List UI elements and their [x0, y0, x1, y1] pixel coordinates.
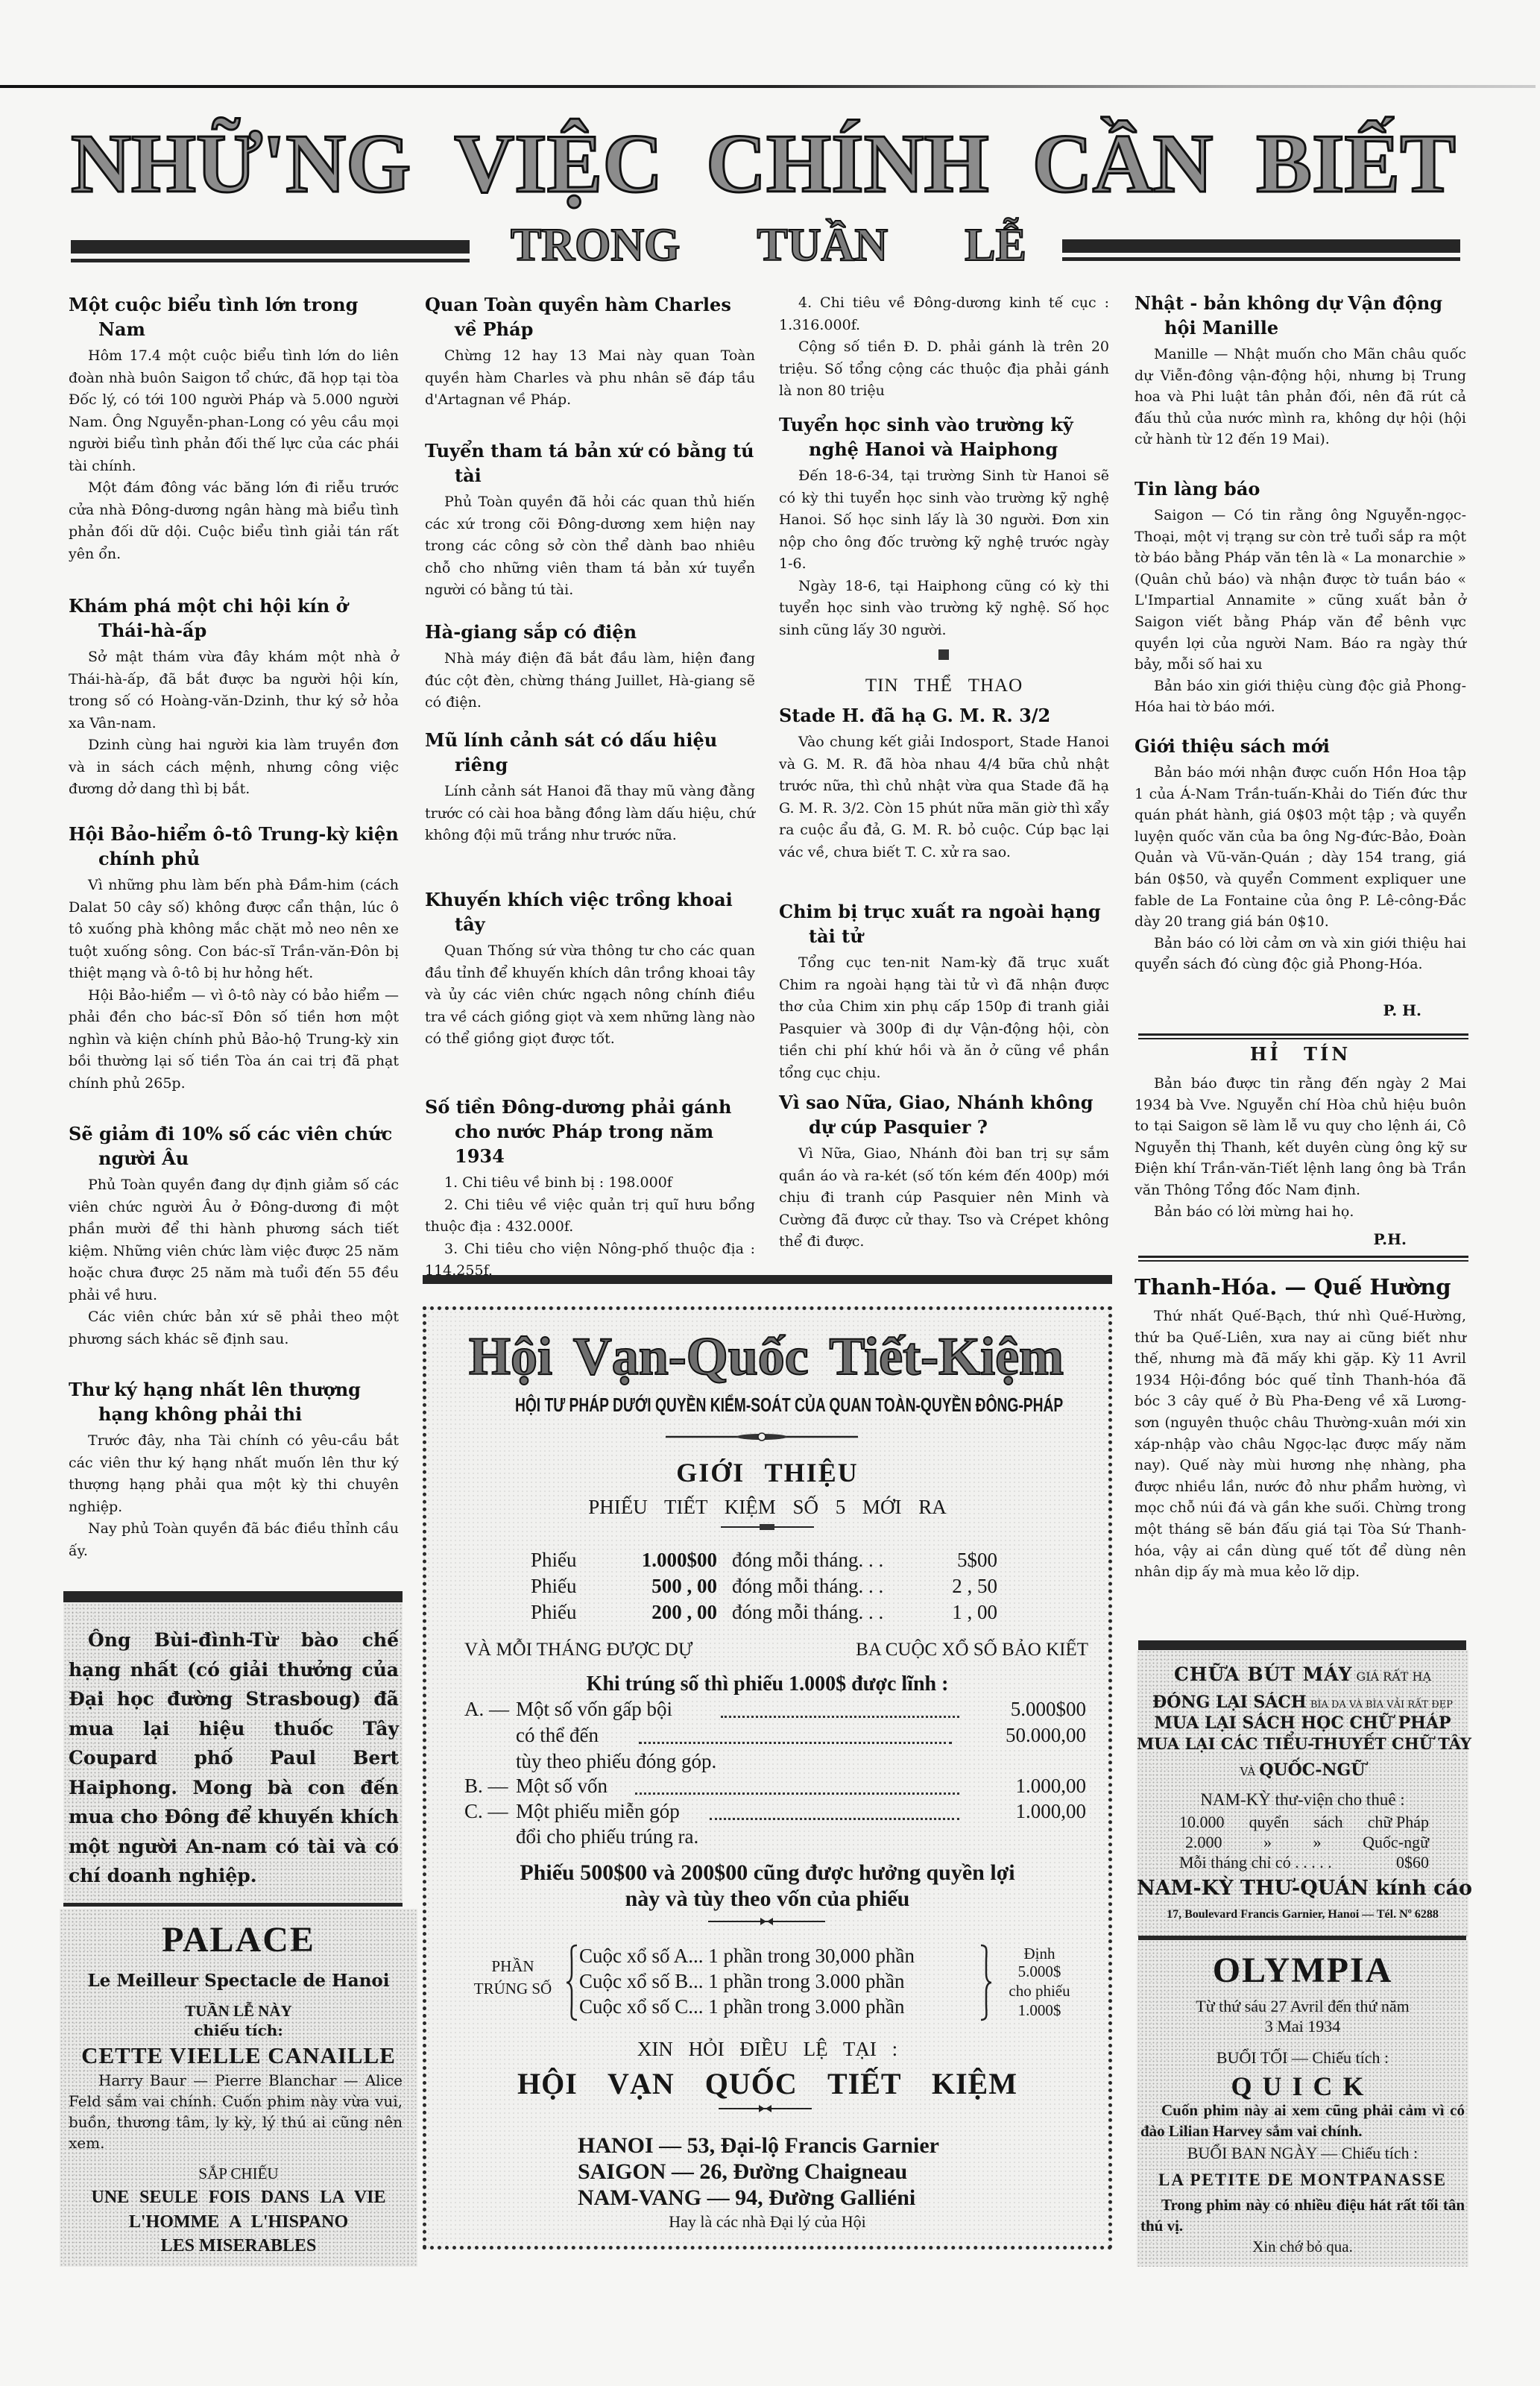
double-rule — [1138, 1256, 1468, 1262]
sports-section-title: TIN THỂ THAO — [779, 675, 1109, 697]
smaller-tickets-note: Phiếu 500$00 và 200$00 cũng được hưởng q… — [426, 1860, 1108, 1886]
article-continuation: 4. Chi tiêu về Đông-dương kinh tế cục : … — [779, 292, 1109, 403]
headline: Hội Bảo-hiểm ô-tô Trung-kỳ kiện chính ph… — [69, 822, 399, 871]
ticket-amount: 500 , 00 — [602, 1573, 717, 1599]
paragraph: Vì Nữa, Giao, Nhánh đòi ban trị sự sắm q… — [779, 1143, 1109, 1253]
title-word: BIẾT — [1256, 122, 1456, 206]
dot-leader — [710, 1818, 959, 1820]
stock-row: 10.000 quyển sách chữ Pháp — [1179, 1811, 1429, 1833]
paragraph: Bản báo được tin rằng đến ngày 2 Mai 193… — [1135, 1073, 1466, 1201]
ad-title-word: Hội — [469, 1326, 552, 1386]
paragraph: Cộng số tiền Đ. D. phải gánh là trên 20 … — [779, 336, 1109, 403]
headline: Nhật - bản không dự Vận động hội Manille — [1135, 291, 1466, 340]
masthead-rule-left-thin — [71, 259, 470, 262]
ad-service: MUA LẠI CÁC TIỂU-THUYẾT CHỮ TÂY — [1137, 1733, 1468, 1755]
hi-tin-title: HỈ TÍN — [1135, 1043, 1466, 1065]
article: Một cuộc biểu tình lớn trong Nam Hôm 17.… — [69, 292, 399, 565]
article: Chim bị trục xuất ra ngoài hạng tài tử T… — [779, 899, 1109, 1084]
top-rule — [0, 85, 1536, 88]
paragraph: Manille — Nhật muốn cho Mãn châu quốc dự… — [1135, 344, 1466, 450]
prize-value: 1.000,00 — [963, 1773, 1086, 1799]
paragraph: Vào chung kết giải Indosport, Stade Hano… — [779, 731, 1109, 863]
headline: Sẽ giảm đi 10% số các viên chức người Âu — [69, 1121, 399, 1171]
paragraph: Quan Thống sứ vừa thông tư cho các quan … — [425, 940, 755, 1051]
subtitle-word: TRONG — [511, 222, 680, 268]
stock-what: » — [1313, 1831, 1322, 1854]
article: Mũ lính cảnh sát có dấu hiệu riêng Lính … — [425, 728, 755, 847]
bookshop-ad: CHỮA BÚT MÁY GIÁ RẤT HẠ ĐÓNG LẠI SÁCH BÌ… — [1137, 1650, 1468, 1937]
stock-unit: » — [1263, 1831, 1272, 1854]
daytime-label: BUỔI BAN NGÀY — Chiếu tích : — [1137, 2143, 1468, 2164]
section-rule — [63, 1903, 403, 1907]
office-address: HANOI — 53, Đại-lộ Francis Garnier — [578, 2132, 939, 2159]
show-dates: 3 Mai 1934 — [1137, 2016, 1468, 2037]
prize-text: có thể đến — [516, 1722, 599, 1748]
prize-intro: Khi trúng số thì phiếu 1.000$ được lĩnh … — [426, 1671, 1108, 1698]
prize-label: B. — — [464, 1773, 508, 1799]
title-word: NHỮ'NG — [71, 122, 411, 206]
headline: Khám phá một chi hội kín ở Thái-hà-ấp — [69, 594, 399, 643]
ornament-divider — [666, 1432, 858, 1441]
stock-row: 2.000 » » Quốc-ngữ — [1185, 1831, 1429, 1854]
title-word: CHÍNH — [706, 122, 989, 206]
odds-line: Cuộc xổ số C... 1 phần trong 3.000 phần — [579, 1995, 904, 2021]
subtitle-word: LỄ — [965, 222, 1026, 268]
paragraph: Đến 18-6-34, tại trường Sinh từ Hanoi sẽ… — [779, 465, 1109, 576]
prize-label: A. — — [464, 1696, 509, 1722]
olympia-cinema-ad: OLYMPIA Từ thứ sáu 27 Avril đến thứ năm … — [1137, 1940, 1468, 2267]
bookshop-address: 17, Boulevard Francis Garnier, Hanoi — T… — [1137, 1906, 1468, 1924]
right-brace-icon — [979, 1944, 993, 2021]
ticket-monthly: 1 , 00 — [903, 1599, 997, 1625]
cinema-name: OLYMPIA — [1137, 1951, 1468, 1991]
article: Quan Toàn quyền hàm Charles về Pháp Chừn… — [425, 292, 755, 412]
article: Khám phá một chi hội kín ở Thái-hà-ấp Sở… — [69, 594, 399, 801]
headline: Thanh-Hóa. — Quế Hường — [1135, 1272, 1466, 1302]
paragraph: Tổng cục ten-nit Nam-kỳ đã trục xuất Chi… — [779, 952, 1109, 1084]
ad-title-word: Tiết-Kiệm — [829, 1326, 1064, 1386]
ad-service: MUA LẠI SÁCH HỌC CHỮ PHÁP — [1137, 1712, 1468, 1734]
headline: Stade H. đã hạ G. M. R. 3/2 — [779, 703, 1109, 728]
article: Giới thiệu sách mới Bản báo mới nhận đượ… — [1135, 734, 1466, 975]
upcoming-film: L'HOMME A L'HISPANO — [60, 2211, 417, 2233]
subtitle-word: TUẦN — [757, 222, 888, 268]
article: Tuyển học sinh vào trường kỹ nghệ Hanoi … — [779, 412, 1109, 641]
article: Khuyến khích việc trồng khoai tây Quan T… — [425, 887, 755, 1051]
evening-film-description: Cuốn phim này ai xem cũng phải cảm vì có… — [1140, 2100, 1465, 2141]
daytime-film: LA PETITE DE MONTPANASSE — [1137, 2168, 1468, 2192]
ticket-text: đóng mỗi tháng. . . — [732, 1573, 883, 1599]
evening-film: QUICK — [1137, 2071, 1468, 2101]
ad-service-note: GIÁ RẤT HẠ — [1356, 1669, 1431, 1684]
monthly-draw-right: BA CUỘC XỔ SỐ BẢO KIẾT — [856, 1637, 1088, 1663]
paragraph: Bản báo mới nhận được cuốn Hồn Hoa tập 1… — [1135, 762, 1466, 933]
org-name: HỘI VẠN QUỐC TIẾT KIỆM — [426, 2066, 1108, 2102]
palace-cinema-ad: PALACE Le Meilleur Spectacle de Hanoi TU… — [60, 1909, 417, 2267]
article: Hội Bảo-hiểm ô-tô Trung-kỳ kiện chính ph… — [69, 822, 399, 1095]
pharmacy-notice-text: Ông Bùi-đình-Từ bào chế hạng nhất (có gi… — [69, 1625, 399, 1891]
paragraph: Trước đây, nha Tài chính có yêu-cầu bắt … — [69, 1430, 399, 1518]
page-title: NHỮ'NG VIỆC CHÍNH CẦN BIẾT — [71, 122, 1456, 206]
signature: P. H. — [1135, 1001, 1466, 1019]
paragraph: Nhà máy điện đã bắt đầu làm, hiện đang đ… — [425, 648, 755, 714]
ad-service: ĐÓNG LẠI SÁCH — [1152, 1693, 1307, 1712]
fixed-prize: 1.000$ — [997, 2001, 1082, 2027]
headline: Tuyển tham tá bản xứ có bằng tú tài — [425, 438, 755, 488]
prize-text: Một số vốn — [516, 1773, 608, 1799]
headline: Tuyển học sinh vào trường kỹ nghệ Hanoi … — [779, 412, 1109, 462]
ad-title: Hội Vạn-Quốc Tiết-Kiệm — [469, 1326, 1064, 1386]
ornament-divider — [719, 2104, 812, 2113]
paragraph: Lính cảnh sát Hanoi đã thay mũ vàng đằng… — [425, 781, 755, 847]
prize-label: C. — — [464, 1798, 508, 1825]
prize-value: 50.000,00 — [948, 1722, 1086, 1748]
this-week-label: TUẦN LỄ NÀY — [60, 2001, 417, 2021]
budget-item: 2. Chi tiêu về việc quản trị quĩ hưu bổn… — [425, 1194, 755, 1238]
masthead-rule-right-thick — [1062, 239, 1460, 253]
section-rule — [423, 1275, 1112, 1284]
article: Thanh-Hóa. — Quế Hường Thứ nhất Quế-Bạch… — [1135, 1272, 1466, 1583]
ticket-text: đóng mỗi tháng. . . — [732, 1547, 883, 1573]
coming-soon-label: SẮP CHIẾU — [60, 2164, 417, 2183]
ad-title-word: Vạn-Quốc — [573, 1326, 809, 1386]
section-rule — [1138, 1640, 1466, 1650]
savings-society-ad: Hội Vạn-Quốc Tiết-Kiệm HỘI TƯ PHÁP DƯỚI … — [423, 1306, 1112, 2250]
paragraph: Phủ Toàn quyền đang dự định giảm số các … — [69, 1174, 399, 1306]
paragraph: Nay phủ Toàn quyền đã bác điều thỉnh cầu… — [69, 1518, 399, 1562]
inquire-label: XIN HỎI ĐIỀU LỆ TẠI : — [426, 2036, 1108, 2062]
paragraph: Dzinh cùng hai người kia làm truyền đơn … — [69, 734, 399, 801]
article: Thư ký hạng nhất lên thượng hạng không p… — [69, 1377, 399, 1562]
prize-value: 5.000$00 — [963, 1696, 1086, 1722]
agents-note: Hay là các nhà Đại lý của Hội — [426, 2211, 1108, 2233]
ad-service-note: VÀ — [1240, 1765, 1256, 1778]
monthly-price: 0$60 — [1396, 1851, 1429, 1874]
pharmacy-notice-box: Ông Bùi-đình-Từ bào chế hạng nhất (có gi… — [63, 1603, 403, 1903]
showing-label: chiếu tích: — [60, 2021, 417, 2040]
odds-line: Cuộc xổ số B... 1 phần trong 3.000 phần — [579, 1969, 904, 1995]
cinema-name: PALACE — [60, 1921, 417, 1959]
ticket-label: Phiếu — [531, 1599, 577, 1625]
prize-text: đổi cho phiếu trúng ra. — [516, 1824, 698, 1850]
paragraph: Ngày 18-6, tại Haiphong cũng có kỳ thi t… — [779, 576, 1109, 642]
paragraph: Hôm 17.4 một cuộc biểu tình lớn do liên … — [69, 345, 399, 477]
ticket-amount: 200 , 00 — [602, 1599, 717, 1625]
show-dates: Từ thứ sáu 27 Avril đến thứ năm — [1137, 1996, 1468, 2017]
prize-text: Một số vốn gấp bội — [516, 1696, 672, 1722]
left-brace-icon — [565, 1944, 578, 2021]
headline: Mũ lính cảnh sát có dấu hiệu riêng — [425, 728, 755, 777]
headline: Số tiền Đông-dương phải gánh cho nước Ph… — [425, 1095, 755, 1168]
paragraph: Vì những phu làm bến phà Đầm-him (cách D… — [69, 875, 399, 985]
article: Nhật - bản không dự Vận động hội Manille… — [1135, 291, 1466, 450]
double-rule — [1138, 1033, 1468, 1039]
article: Số tiền Đông-dương phải gánh cho nước Ph… — [425, 1095, 755, 1282]
office-address: NAM-VANG — 94, Đường Galliéni — [578, 2185, 915, 2211]
headline: Hà-giang sắp có điện — [425, 620, 755, 644]
ticket-text: đóng mỗi tháng. . . — [732, 1599, 883, 1625]
headline: Một cuộc biểu tình lớn trong Nam — [69, 292, 399, 341]
stock-count: 10.000 — [1179, 1811, 1225, 1833]
monthly-label: Mỗi tháng chỉ có . . . . . — [1179, 1851, 1332, 1874]
ad-service: QUỐC-NGỮ — [1259, 1760, 1365, 1780]
headline: Tin làng báo — [1135, 476, 1466, 501]
daytime-film-description: Trong phim này có nhiều điệu hát rất tối… — [1140, 2194, 1465, 2236]
paragraph: Bản báo xin giới thiệu cùng độc giả Phon… — [1135, 676, 1466, 718]
dot-leader — [635, 1792, 959, 1795]
headline: Giới thiệu sách mới — [1135, 734, 1466, 758]
prize-value: 1.000,00 — [963, 1798, 1086, 1825]
upcoming-film: LES MISERABLES — [60, 2235, 417, 2257]
newspaper-page: NHỮ'NG VIỆC CHÍNH CẦN BIẾT TRONG TUẦN LỄ… — [0, 0, 1540, 2386]
ticket-label: Phiếu — [531, 1547, 577, 1573]
budget-item: 1. Chi tiêu về binh bị : 198.000f — [425, 1172, 755, 1194]
cinema-tagline: Le Meilleur Spectacle de Hanoi — [60, 1969, 417, 1993]
paragraph: Saigon — Có tin rằng ông Nguyễn-ngọc-Tho… — [1135, 505, 1466, 676]
section-marker-square — [938, 649, 949, 660]
stock-what: sách — [1314, 1811, 1343, 1833]
bookshop-signoff: NAM-KỲ THƯ-QUÁN kính cáo — [1137, 1875, 1468, 1902]
article: Vì sao Nữa, Giao, Nhánh không dự cúp Pas… — [779, 1090, 1109, 1253]
headline: Khuyến khích việc trồng khoai tây — [425, 887, 755, 937]
prize-text: Một phiếu miễn góp — [516, 1798, 680, 1825]
smaller-tickets-note: này và tùy theo vốn của phiếu — [426, 1886, 1108, 1913]
ad-line: CHỮA BÚT MÁY GIÁ RẤT HẠ — [1137, 1663, 1468, 1689]
odds-line: Cuộc xổ số A... 1 phần trong 30,000 phần — [579, 1944, 915, 1970]
ad-offer: PHIẾU TIẾT KIỆM SỐ 5 MỚI RA — [426, 1494, 1108, 1520]
prize-text: tùy theo phiếu đóng góp. — [516, 1748, 716, 1775]
headline: Thư ký hạng nhất lên thượng hạng không p… — [69, 1377, 399, 1426]
ornament-divider — [721, 1523, 814, 1532]
paragraph: Thứ nhất Quế-Bạch, thứ nhì Quế-Hường, th… — [1135, 1306, 1466, 1583]
section-rule — [63, 1591, 403, 1602]
article: Hà-giang sắp có điện Nhà máy điện đã bắt… — [425, 620, 755, 714]
article: Sẽ giảm đi 10% số các viên chức người Âu… — [69, 1121, 399, 1350]
headline: Quan Toàn quyền hàm Charles về Pháp — [425, 292, 755, 341]
ad-intro: GIỚI THIỆU — [426, 1456, 1108, 1489]
office-address: SAIGON — 26, Đường Chaigneau — [578, 2159, 907, 2185]
title-word: VIỆC — [454, 122, 663, 206]
masthead-rule-left-thick — [71, 240, 470, 254]
evening-label: BUỔI TỐI — Chiếu tích : — [1137, 2047, 1468, 2068]
ad-line: VÀ QUỐC-NGỮ — [1137, 1759, 1468, 1783]
closing-line: Xin chớ bỏ qua. — [1137, 2236, 1468, 2257]
ticket-monthly: 2 , 50 — [903, 1573, 997, 1599]
paragraph: Sở mật thám vừa đây khám một nhà ở Thái-… — [69, 646, 399, 734]
dot-leader — [721, 1716, 959, 1718]
signature: P.H. — [1135, 1230, 1466, 1248]
ticket-amount: 1.000$00 — [602, 1547, 717, 1573]
film-description: Harry Baur — Pierre Blanchar — Alice Fel… — [69, 2070, 403, 2153]
masthead-rule-right-thin — [1062, 257, 1460, 261]
article: Stade H. đã hạ G. M. R. 3/2 Vào chung kế… — [779, 703, 1109, 863]
upcoming-film: UNE SEULE FOIS DANS LA VIE — [60, 2186, 417, 2209]
stock-lang: chữ Pháp — [1368, 1811, 1429, 1833]
ticket-label: Phiếu — [531, 1573, 577, 1599]
paragraph: Một đám đông vác băng lớn đi riễu trước … — [69, 477, 399, 565]
ad-subtitle: HỘI TƯ PHÁP DƯỚI QUYỀN KIỂM-SOÁT CỦA QUA… — [515, 1393, 1020, 1417]
stock-lang: Quốc-ngữ — [1363, 1831, 1429, 1854]
monthly-draw-left: VÀ MỖI THÁNG ĐƯỢC DỰ — [464, 1637, 692, 1663]
stock-unit: quyển — [1249, 1811, 1290, 1833]
article: Tin làng báo Saigon — Có tin rằng ông Ng… — [1135, 476, 1466, 718]
paragraph: Chừng 12 hay 13 Mai này quan Toàn quyền … — [425, 345, 755, 412]
budget-item: 4. Chi tiêu về Đông-dương kinh tế cục : … — [779, 292, 1109, 336]
ticket-monthly: 5$00 — [903, 1547, 997, 1573]
ad-service-note: BÌA DA VÀ BÌA VẢI RẤT ĐẸP — [1310, 1699, 1453, 1710]
page-subtitle: TRONG TUẦN LỄ — [511, 222, 1026, 268]
library-label: NAM-KỲ thư-viện cho thuê : — [1137, 1789, 1468, 1811]
dot-leader — [639, 1742, 952, 1744]
paragraph: Bản báo có lời mừng hai họ. — [1135, 1201, 1466, 1223]
ornament-divider — [708, 1917, 825, 1926]
paragraph: Các viên chức bản xứ sẽ phải theo một ph… — [69, 1306, 399, 1350]
paragraph: Hội Bảo-hiểm — vì ô-tô này có bảo hiểm —… — [69, 985, 399, 1095]
headline: Vì sao Nữa, Giao, Nhánh không dự cúp Pas… — [779, 1090, 1109, 1139]
stock-count: 2.000 — [1185, 1831, 1222, 1854]
article: Tuyển tham tá bản xứ có bằng tú tài Phủ … — [425, 438, 755, 602]
price-row: Mỗi tháng chỉ có . . . . . 0$60 — [1179, 1851, 1429, 1874]
headline: Chim bị trục xuất ra ngoài hạng tài tử — [779, 899, 1109, 948]
paragraph: Phủ Toàn quyền đã hỏi các quan thủ hiến … — [425, 491, 755, 602]
ad-service: CHỮA BÚT MÁY — [1174, 1663, 1352, 1685]
article: Bản báo được tin rằng đến ngày 2 Mai 193… — [1135, 1073, 1466, 1222]
title-word: CẦN — [1032, 122, 1214, 206]
film-title: CETTE VIELLE CANAILLE — [60, 2042, 417, 2069]
odds-label: TRÚNG SỐ — [464, 1978, 561, 2004]
paragraph: Bản báo có lời cảm ơn và xin giới thiệu … — [1135, 933, 1466, 975]
